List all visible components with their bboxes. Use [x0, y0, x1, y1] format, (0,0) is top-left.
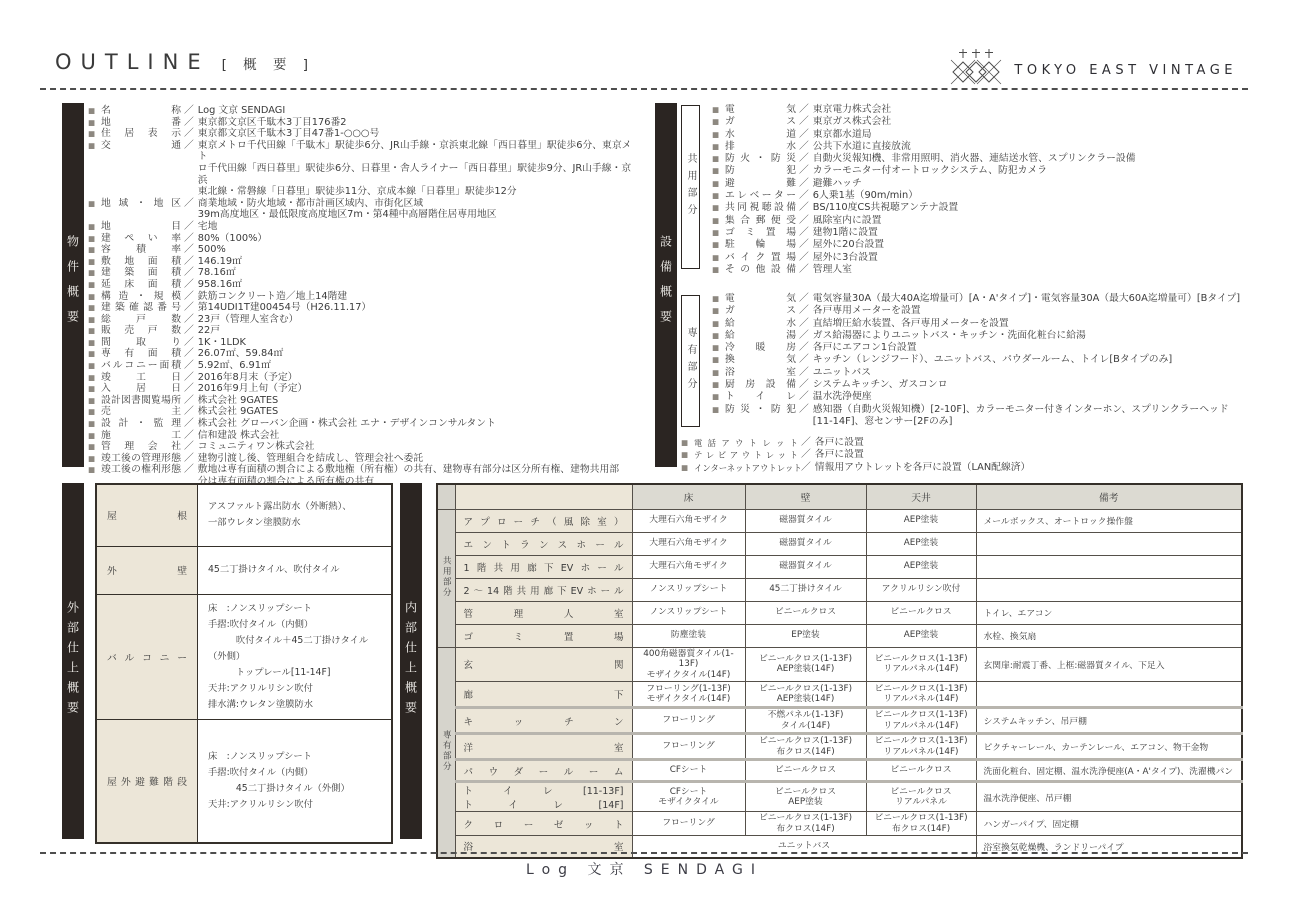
- bullet-square-icon: ■: [712, 141, 725, 153]
- spec-value: BS/110度CS共視聴アンテナ設置: [813, 202, 1252, 214]
- bullet-square-icon: ■: [712, 367, 725, 379]
- table-row: 専有部分 玄関 400角磁器質タイル(1-13F) モザイクタイル(14F) ビ…: [437, 647, 1242, 682]
- spec-label: 防災・防犯: [725, 404, 796, 416]
- bullet-square-icon: ■: [712, 252, 725, 264]
- property-spec-item: ■ 容積率 ／ 500%: [88, 244, 640, 256]
- group-cell-common: 共用部分: [437, 509, 455, 647]
- bullet-square-icon: ■: [88, 441, 101, 453]
- equipment-spec-item: ■ 駐輪場 ／ 屋外に20台設置: [712, 239, 1252, 251]
- spec-label: 給湯: [725, 330, 796, 342]
- bullet-square-icon: ■: [712, 318, 725, 330]
- section-bar-interior: 内部仕上概要: [400, 483, 422, 839]
- spec-label: バルコニー面積: [101, 360, 181, 372]
- cell-floor: 大理石六角モザイク: [632, 509, 745, 532]
- table-row: 浴室 ユニットバス 浴室換気乾燥機、ランドリーパイプ: [437, 836, 1242, 858]
- bullet-square-icon: ■: [681, 462, 694, 474]
- header-floor: 床: [632, 484, 745, 509]
- equipment-spec-item: ■ 集合郵便受 ／ 風除室内に設置: [712, 215, 1252, 227]
- spec-separator: ／: [796, 342, 813, 354]
- property-spec-item: ■ 延床面積 ／ 958.16㎡: [88, 279, 640, 291]
- room-name: パウダールーム: [455, 760, 632, 782]
- spec-value: 建物引渡し後、管理組合を結成し、管理会社へ委託: [198, 453, 640, 465]
- brand-logo: TOKYO EAST VINTAGE: [950, 48, 1237, 92]
- spec-separator: ／: [181, 291, 198, 303]
- spec-label: 管理会社: [101, 441, 181, 453]
- spec-label: 名称: [101, 105, 181, 117]
- cell-note: 温水洗浄便座、吊戸棚: [976, 782, 1242, 812]
- spec-value: 屋外に20台設置: [813, 239, 1252, 251]
- cell-wall: ビニールクロス(1-13F) 布クロス(14F): [745, 812, 866, 836]
- table-header-row: 床 壁 天井 備考: [437, 484, 1242, 509]
- exterior-row-header: 屋外避難階段: [96, 719, 198, 843]
- room-name: ゴミ置場: [455, 624, 632, 647]
- property-spec-item: ■ 入居日 ／ 2016年9月上旬（予定）: [88, 383, 640, 395]
- spec-value: 宅地: [198, 221, 640, 233]
- cell-floor: 防塵塗装: [632, 624, 745, 647]
- header-wall: 壁: [745, 484, 866, 509]
- spec-separator: ／: [181, 128, 198, 140]
- spec-label: 駐輪場: [725, 239, 796, 251]
- equipment-spec-item: ■ 防災・防犯 ／ 感知器（自動火災報知機）[2-10F]、カラーモニター付きイ…: [712, 404, 1252, 429]
- spec-value: 東京ガス株式会社: [813, 116, 1252, 128]
- spec-value: Log 文京 SENDAGI: [198, 105, 640, 117]
- bullet-square-icon: ■: [712, 215, 725, 227]
- spec-separator: ／: [796, 153, 813, 165]
- spec-separator: ／: [181, 453, 198, 465]
- spec-label: 竣工日: [101, 372, 181, 384]
- spec-label: ガス: [725, 116, 796, 128]
- spec-value: 直結増圧給水装置、各戸専用メーターを設置: [813, 318, 1252, 330]
- property-spec-item: ■ 敷地面積 ／ 146.19㎡: [88, 256, 640, 268]
- page-title: OUTLINE [ 概 要 ]: [55, 50, 314, 74]
- property-spec-item: ■ 管理会社 ／ コミュニティワン株式会社: [88, 441, 640, 453]
- spec-label: 竣工後の権利形態: [101, 464, 181, 476]
- cell-ceiling: ビニールクロス リアルパネル: [866, 782, 976, 812]
- cell-floor: フローリング: [632, 734, 745, 760]
- spec-separator: ／: [181, 140, 198, 152]
- bullet-square-icon: ■: [712, 178, 725, 190]
- spec-separator: ／: [796, 129, 813, 141]
- equipment-spec-item: ■ 電気 ／ 電気容量30A（最大40A迄増量可）[A・A'タイプ]・電気容量3…: [712, 293, 1252, 305]
- spec-value: 感知器（自動火災報知機）[2-10F]、カラーモニター付きインターホン、スプリン…: [813, 404, 1252, 429]
- property-spec-item: ■ 売主 ／ 株式会社 9GATES: [88, 406, 640, 418]
- spec-label: 間取り: [101, 337, 181, 349]
- spec-value: 電気容量30A（最大40A迄増量可）[A・A'タイプ]・電気容量30A（最大60…: [813, 293, 1252, 305]
- cell-floor: 大理石六角モザイク: [632, 532, 745, 555]
- property-spec-item: ■ 設計図書閲覧場所 ／ 株式会社 9GATES: [88, 395, 640, 407]
- spec-value: 東京都水道局: [813, 129, 1252, 141]
- spec-label: 換気: [725, 354, 796, 366]
- cell-ceiling: アクリルリシン吹付: [866, 578, 976, 601]
- spec-separator: ／: [796, 239, 813, 251]
- spec-label: 売主: [101, 406, 181, 418]
- footer-property-name: Log 文京 SENDAGI: [0, 859, 1289, 879]
- cell-floor: 400角磁器質タイル(1-13F) モザイクタイル(14F): [632, 647, 745, 682]
- spec-value: 2016年9月上旬（予定）: [198, 383, 640, 395]
- bullet-square-icon: ■: [681, 449, 694, 461]
- bullet-square-icon: ■: [88, 117, 101, 129]
- spec-label: 電気: [725, 104, 796, 116]
- property-spec-item: ■ 建築確認番号 ／ 第14UDI1T建00454号（H26.11.17）: [88, 302, 640, 314]
- table-row: クローゼット フローリング ビニールクロス(1-13F) 布クロス(14F) ビ…: [437, 812, 1242, 836]
- spec-label: ガス: [725, 305, 796, 317]
- equipment-spec-item: ■ 浴室 ／ ユニットバス: [712, 367, 1252, 379]
- cell-wall: ビニールクロス(1-13F) 布クロス(14F): [745, 734, 866, 760]
- exterior-row-header: 屋根: [96, 484, 198, 546]
- equipment-spec-item: ■ ガス ／ 東京ガス株式会社: [712, 116, 1252, 128]
- spec-value: 屋外に3台設置: [813, 252, 1252, 264]
- equipment-private-list: ■ 電気 ／ 電気容量30A（最大40A迄増量可）[A・A'タイプ]・電気容量3…: [712, 293, 1252, 428]
- cell-floor: フローリング: [632, 708, 745, 734]
- spec-label: トイレ: [725, 391, 796, 403]
- bullet-square-icon: ■: [88, 406, 101, 418]
- room-name: アプローチ（風除室）: [455, 509, 632, 532]
- spec-separator: ／: [181, 244, 198, 256]
- spec-value: コミュニティワン株式会社: [198, 441, 640, 453]
- spec-separator: ／: [796, 379, 813, 391]
- bullet-square-icon: ■: [88, 430, 101, 442]
- property-spec-item: ■ 設計・監理 ／ 株式会社 グローバン企画・株式会社 エナ・デザインコンサルタ…: [88, 418, 640, 430]
- exterior-row-header: 外壁: [96, 546, 198, 594]
- cell-ceiling: ビニールクロス(1-13F) リアルパネル(14F): [866, 682, 976, 708]
- property-spec-item: ■ 交通 ／ 東京メトロ千代田線「千駄木」駅徒歩6分、JR山手線・京浜東北線「西…: [88, 140, 640, 198]
- spec-separator: ／: [796, 391, 813, 403]
- spec-label: 避難: [725, 178, 796, 190]
- equipment-spec-item: ■ 給湯 ／ ガス給湯器によりユニットバス・キッチン・洗面化粧台に給湯: [712, 330, 1252, 342]
- property-spec-item: ■ 竣工後の管理形態 ／ 建物引渡し後、管理組合を結成し、管理会社へ委託: [88, 453, 640, 465]
- cell-ceiling: AEP塗装: [866, 555, 976, 578]
- equipment-spec-item: ■ 共同視聴設備 ／ BS/110度CS共視聴アンテナ設置: [712, 202, 1252, 214]
- equipment-private-group-box: 専有部分: [681, 295, 700, 427]
- section-bar-equipment-label: 設備概要: [658, 235, 675, 335]
- spec-separator: ／: [796, 215, 813, 227]
- bullet-square-icon: ■: [88, 279, 101, 291]
- spec-label: 建築面積: [101, 267, 181, 279]
- spec-label: 敷地面積: [101, 256, 181, 268]
- bullet-square-icon: ■: [712, 116, 725, 128]
- spec-separator: ／: [796, 367, 813, 379]
- spec-value: カラーモニター付オートロックシステム、防犯カメラ: [813, 165, 1252, 177]
- bullet-square-icon: ■: [88, 453, 101, 465]
- property-spec-item: ■ 総戸数 ／ 23戸（管理人室含む）: [88, 314, 640, 326]
- equipment-spec-item: ■ バイク置場 ／ 屋外に3台設置: [712, 252, 1252, 264]
- spec-separator: ／: [181, 337, 198, 349]
- bullet-square-icon: ■: [712, 264, 725, 276]
- header-room-cell: [455, 484, 632, 509]
- spec-label: 地目: [101, 221, 181, 233]
- bullet-square-icon: ■: [712, 227, 725, 239]
- spec-value: ガス給湯器によりユニットバス・キッチン・洗面化粧台に給湯: [813, 330, 1252, 342]
- property-spec-item: ■ 専有面積 ／ 26.07㎡、59.84㎡: [88, 348, 640, 360]
- spec-separator: ／: [798, 449, 815, 461]
- spec-value: 公共下水道に直接放流: [813, 141, 1252, 153]
- spec-separator: ／: [796, 141, 813, 153]
- equipment-spec-item: ■ 排水 ／ 公共下水道に直接放流: [712, 141, 1252, 153]
- cell-ceiling: ビニールクロス: [866, 601, 976, 624]
- spec-label: 設計・監理: [101, 418, 181, 430]
- spec-value: 146.19㎡: [198, 256, 640, 268]
- spec-value: 建物1階に設置: [813, 227, 1252, 239]
- cell-floor: 大理石六角モザイク: [632, 555, 745, 578]
- spec-separator: ／: [181, 221, 198, 233]
- bullet-square-icon: ■: [88, 267, 101, 279]
- header-corner-cell: [437, 484, 455, 509]
- property-spec-item: ■ 建ぺい率 ／ 80%（100%）: [88, 233, 640, 245]
- equipment-spec-item: ■ 防火・防災 ／ 自動火災報知機、非常用照明、消火器、連結送水管、スプリンクラ…: [712, 153, 1252, 165]
- cell-floor: ノンスリップシート: [632, 601, 745, 624]
- spec-value: 各戸に設置: [815, 437, 1252, 449]
- spec-label: 延床面積: [101, 279, 181, 291]
- cell-wall: ビニールクロス(1-13F) AEP塗装(14F): [745, 647, 866, 682]
- spec-separator: ／: [181, 348, 198, 360]
- spec-separator: ／: [798, 462, 815, 474]
- bullet-square-icon: ■: [712, 129, 725, 141]
- room-name: 管理人室: [455, 601, 632, 624]
- cell-wall: 45二丁掛けタイル: [745, 578, 866, 601]
- spec-separator: ／: [796, 104, 813, 116]
- cell-floor: フローリング(1-13F) モザイクタイル(14F): [632, 682, 745, 708]
- bullet-square-icon: ■: [712, 190, 725, 202]
- spec-separator: ／: [798, 437, 815, 449]
- spec-separator: ／: [181, 360, 198, 372]
- spec-value: 東京電力株式会社: [813, 104, 1252, 116]
- cell-ceiling: AEP塗装: [866, 532, 976, 555]
- spec-label: 竣工後の管理形態: [101, 453, 181, 465]
- equipment-spec-item: ■ 冷暖房 ／ 各戸にエアコン1台設置: [712, 342, 1252, 354]
- cell-note: システムキッチン、吊戸棚: [976, 708, 1242, 734]
- spec-separator: ／: [796, 190, 813, 202]
- table-row: 洋室 フローリング ビニールクロス(1-13F) 布クロス(14F) ビニールク…: [437, 734, 1242, 760]
- cell-wall: 不燃パネル(1-13F) タイル(14F): [745, 708, 866, 734]
- spec-label: 集合郵便受: [725, 215, 796, 227]
- equipment-spec-item: ■ その他設備 ／ 管理人室: [712, 264, 1252, 276]
- spec-separator: ／: [796, 305, 813, 317]
- bullet-square-icon: ■: [88, 256, 101, 268]
- bullet-square-icon: ■: [712, 305, 725, 317]
- spec-value: 22戸: [198, 325, 640, 337]
- spec-value: ユニットバス: [813, 367, 1252, 379]
- spec-separator: ／: [796, 165, 813, 177]
- spec-separator: ／: [181, 406, 198, 418]
- bullet-square-icon: ■: [88, 464, 101, 476]
- spec-value: 信和建設 株式会社: [198, 430, 640, 442]
- exterior-row-value: アスファルト露出防水（外断熱）、 一部ウレタン塗膜防水: [198, 484, 393, 546]
- spec-label: 建築確認番号: [101, 302, 181, 314]
- bullet-square-icon: ■: [88, 140, 101, 152]
- bullet-square-icon: ■: [712, 202, 725, 214]
- bullet-square-icon: ■: [88, 221, 101, 233]
- spec-separator: ／: [796, 318, 813, 330]
- cell-ceiling: ビニールクロス(1-13F) リアルパネル(14F): [866, 734, 976, 760]
- spec-separator: ／: [181, 464, 198, 476]
- cell-note: 浴室換気乾燥機、ランドリーパイプ: [976, 836, 1242, 858]
- equipment-spec-item: ■ テレビアウトレット ／ 各戸に設置: [681, 449, 1252, 461]
- cell-floor: CFシート モザイクタイル: [632, 782, 745, 812]
- spec-label: 施工: [101, 430, 181, 442]
- spec-separator: ／: [181, 267, 198, 279]
- spec-value: 商業地域・防火地域・都市計画区域内、市街化区域 39m高度地区・最低限度高度地区…: [198, 198, 640, 221]
- spec-separator: ／: [796, 252, 813, 264]
- property-spec-item: ■ 地番 ／ 東京都文京区千駄木3丁目176番2: [88, 117, 640, 129]
- spec-value: 株式会社 9GATES: [198, 395, 640, 407]
- interior-finish-table: 床 壁 天井 備考 共用部分 アプローチ（風除室） 大理石六角モザイク 磁器質タ…: [436, 483, 1243, 859]
- spec-value: 温水洗浄便座: [813, 391, 1252, 403]
- spec-value: 情報用アウトレットを各戸に設置（LAN配線済）: [815, 462, 1252, 474]
- cell-note: 玄関扉:耐震丁番、上框:磁器質タイル、下足入: [976, 647, 1242, 682]
- property-spec-item: ■ 住居表示 ／ 東京都文京区千駄木3丁目47番1-○○○号: [88, 128, 640, 140]
- spec-separator: ／: [181, 430, 198, 442]
- bullet-square-icon: ■: [88, 360, 101, 372]
- section-bar-equipment: 設備概要: [655, 103, 677, 467]
- equipment-spec-item: ■ インターネットアウトレット ／ 情報用アウトレットを各戸に設置（LAN配線済…: [681, 462, 1252, 474]
- equipment-common-list: ■ 電気 ／ 東京電力株式会社 ■ ガス ／ 東京ガス株式会社 ■ 水道 ／ 東…: [712, 104, 1252, 276]
- property-spec-item: ■ 竣工日 ／ 2016年8月末（予定）: [88, 372, 640, 384]
- spec-separator: ／: [796, 227, 813, 239]
- cell-ceiling: ビニールクロス(1-13F) リアルパネル(14F): [866, 708, 976, 734]
- cell-wall: 磁器質タイル: [745, 555, 866, 578]
- equipment-common-group-label: 共用部分: [683, 153, 698, 221]
- room-name: 1階共用廊下EVホール: [455, 555, 632, 578]
- spec-label: 電話アウトレット: [694, 437, 798, 449]
- spec-value: 自動火災報知機、非常用照明、消火器、連結送水管、スプリンクラー設備: [813, 153, 1252, 165]
- property-spec-item: ■ 建築面積 ／ 78.16㎡: [88, 267, 640, 279]
- bullet-square-icon: ■: [88, 337, 101, 349]
- cell-note: 水栓、換気扇: [976, 624, 1242, 647]
- equipment-common-group-box: 共用部分: [681, 105, 700, 269]
- cell-note: [976, 532, 1242, 555]
- spec-value: 23戸（管理人室含む）: [198, 314, 640, 326]
- cell-span-value: ユニットバス: [632, 836, 976, 858]
- spec-separator: ／: [796, 264, 813, 276]
- spec-value: 26.07㎡、59.84㎡: [198, 348, 640, 360]
- spec-label: 浴室: [725, 367, 796, 379]
- room-name: クローゼット: [455, 812, 632, 836]
- cell-wall: 磁器質タイル: [745, 509, 866, 532]
- spec-value: 第14UDI1T建00454号（H26.11.17）: [198, 302, 640, 314]
- spec-label: 共同視聴設備: [725, 202, 796, 214]
- spec-separator: ／: [796, 293, 813, 305]
- bullet-square-icon: ■: [88, 244, 101, 256]
- spec-label: 地番: [101, 117, 181, 129]
- spec-value: 958.16㎡: [198, 279, 640, 291]
- spec-separator: ／: [181, 302, 198, 314]
- spec-value: 5.92㎡、6.91㎡: [198, 360, 640, 372]
- spec-label: 建ぺい率: [101, 233, 181, 245]
- spec-label: ゴミ置場: [725, 227, 796, 239]
- equipment-spec-item: ■ 水道 ／ 東京都水道局: [712, 129, 1252, 141]
- bullet-square-icon: ■: [712, 354, 725, 366]
- bullet-square-icon: ■: [88, 348, 101, 360]
- spec-label: 交通: [101, 140, 181, 152]
- top-divider: [40, 88, 1248, 90]
- table-row: 1階共用廊下EVホール 大理石六角モザイク 磁器質タイル AEP塗装: [437, 555, 1242, 578]
- spec-separator: ／: [181, 441, 198, 453]
- spec-label: 排水: [725, 141, 796, 153]
- spec-label: 販売戸数: [101, 325, 181, 337]
- spec-value: システムキッチン、ガスコンロ: [813, 379, 1252, 391]
- outline-page: OUTLINE [ 概 要 ] TOKYO EAST VINTAGE 物件概要 …: [0, 0, 1289, 903]
- spec-label: 防犯: [725, 165, 796, 177]
- spec-separator: ／: [181, 198, 198, 210]
- spec-value: 管理人室: [813, 264, 1252, 276]
- section-bar-interior-label: 内部仕上概要: [403, 601, 420, 721]
- bullet-square-icon: ■: [88, 418, 101, 430]
- property-spec-item: ■ 施工 ／ 信和建設 株式会社: [88, 430, 640, 442]
- spec-value: 株式会社 9GATES: [198, 406, 640, 418]
- cell-note: ハンガーパイプ、固定棚: [976, 812, 1242, 836]
- bullet-square-icon: ■: [712, 153, 725, 165]
- spec-label: バイク置場: [725, 252, 796, 264]
- spec-label: 冷暖房: [725, 342, 796, 354]
- spec-value: 風除室内に設置: [813, 215, 1252, 227]
- spec-separator: ／: [796, 178, 813, 190]
- spec-label: その他設備: [725, 264, 796, 276]
- spec-separator: ／: [181, 383, 198, 395]
- spec-separator: ／: [181, 418, 198, 430]
- table-row: パウダールーム CFシート ビニールクロス ビニールクロス 洗面化粧台、固定棚、…: [437, 760, 1242, 782]
- section-bar-exterior-label: 外部仕上概要: [65, 601, 82, 721]
- bullet-square-icon: ■: [712, 404, 725, 416]
- spec-label: 設計図書閲覧場所: [101, 395, 181, 407]
- spec-label: 専有面積: [101, 348, 181, 360]
- spec-label: テレビアウトレット: [694, 449, 798, 461]
- spec-separator: ／: [796, 354, 813, 366]
- bottom-divider: [40, 852, 1248, 854]
- bullet-square-icon: ■: [88, 233, 101, 245]
- table-row: トイレ[11-13F] トイレ[14F] CFシート モザイクタイル ビニールク…: [437, 782, 1242, 812]
- spec-value: 各戸専用メーターを設置: [813, 305, 1252, 317]
- table-row: エントランスホール 大理石六角モザイク 磁器質タイル AEP塗装: [437, 532, 1242, 555]
- room-name: キッチン: [455, 708, 632, 734]
- spec-separator: ／: [796, 202, 813, 214]
- table-row: キッチン フローリング 不燃パネル(1-13F) タイル(14F) ビニールクロ…: [437, 708, 1242, 734]
- table-row: 外壁 45二丁掛けタイル、吹付タイル: [96, 546, 392, 594]
- spec-separator: ／: [181, 372, 198, 384]
- bullet-square-icon: ■: [712, 239, 725, 251]
- equipment-spec-item: ■ トイレ ／ 温水洗浄便座: [712, 391, 1252, 403]
- spec-value: 株式会社 グローバン企画・株式会社 エナ・デザインコンサルタント: [198, 418, 640, 430]
- cell-note: メールボックス、オートロック操作盤: [976, 509, 1242, 532]
- cell-note: [976, 682, 1242, 708]
- equipment-spec-item: ■ 給水 ／ 直結増圧給水装置、各戸専用メーターを設置: [712, 318, 1252, 330]
- bullet-square-icon: ■: [88, 198, 101, 210]
- bullet-square-icon: ■: [712, 104, 725, 116]
- brand-name: TOKYO EAST VINTAGE: [1014, 63, 1237, 78]
- exterior-row-value: 床 :ノンスリップシート 手摺:吹付タイル（内側） 吹付タイル＋45二丁掛けタイ…: [198, 594, 393, 719]
- cell-floor: フローリング: [632, 812, 745, 836]
- spec-separator: ／: [181, 395, 198, 407]
- equipment-spec-item: ■ エレベーター ／ 6人乗1基（90m/min）: [712, 190, 1252, 202]
- cell-wall: EP塗装: [745, 624, 866, 647]
- cell-wall: ビニールクロス AEP塗装: [745, 782, 866, 812]
- cell-ceiling: ビニールクロス(1-13F) リアルパネル(14F): [866, 647, 976, 682]
- spec-label: 防火・防災: [725, 153, 796, 165]
- header-ceiling: 天井: [866, 484, 976, 509]
- cell-wall: ビニールクロス(1-13F) AEP塗装(14F): [745, 682, 866, 708]
- section-bar-exterior: 外部仕上概要: [62, 483, 84, 839]
- property-spec-item: ■ 地目 ／ 宅地: [88, 221, 640, 233]
- cell-ceiling: AEP塗装: [866, 509, 976, 532]
- bullet-square-icon: ■: [712, 330, 725, 342]
- property-spec-item: ■ バルコニー面積 ／ 5.92㎡、6.91㎡: [88, 360, 640, 372]
- exterior-row-value: 45二丁掛けタイル、吹付タイル: [198, 546, 393, 594]
- spec-separator: ／: [796, 116, 813, 128]
- spec-separator: ／: [181, 256, 198, 268]
- page-title-en: OUTLINE: [55, 50, 210, 74]
- cell-ceiling: ビニールクロス: [866, 760, 976, 782]
- exterior-row-header: バルコニー: [96, 594, 198, 719]
- exterior-row-value: 床 :ノンスリップシート 手摺:吹付タイル（内側） 45二丁掛けタイル（外側） …: [198, 719, 393, 843]
